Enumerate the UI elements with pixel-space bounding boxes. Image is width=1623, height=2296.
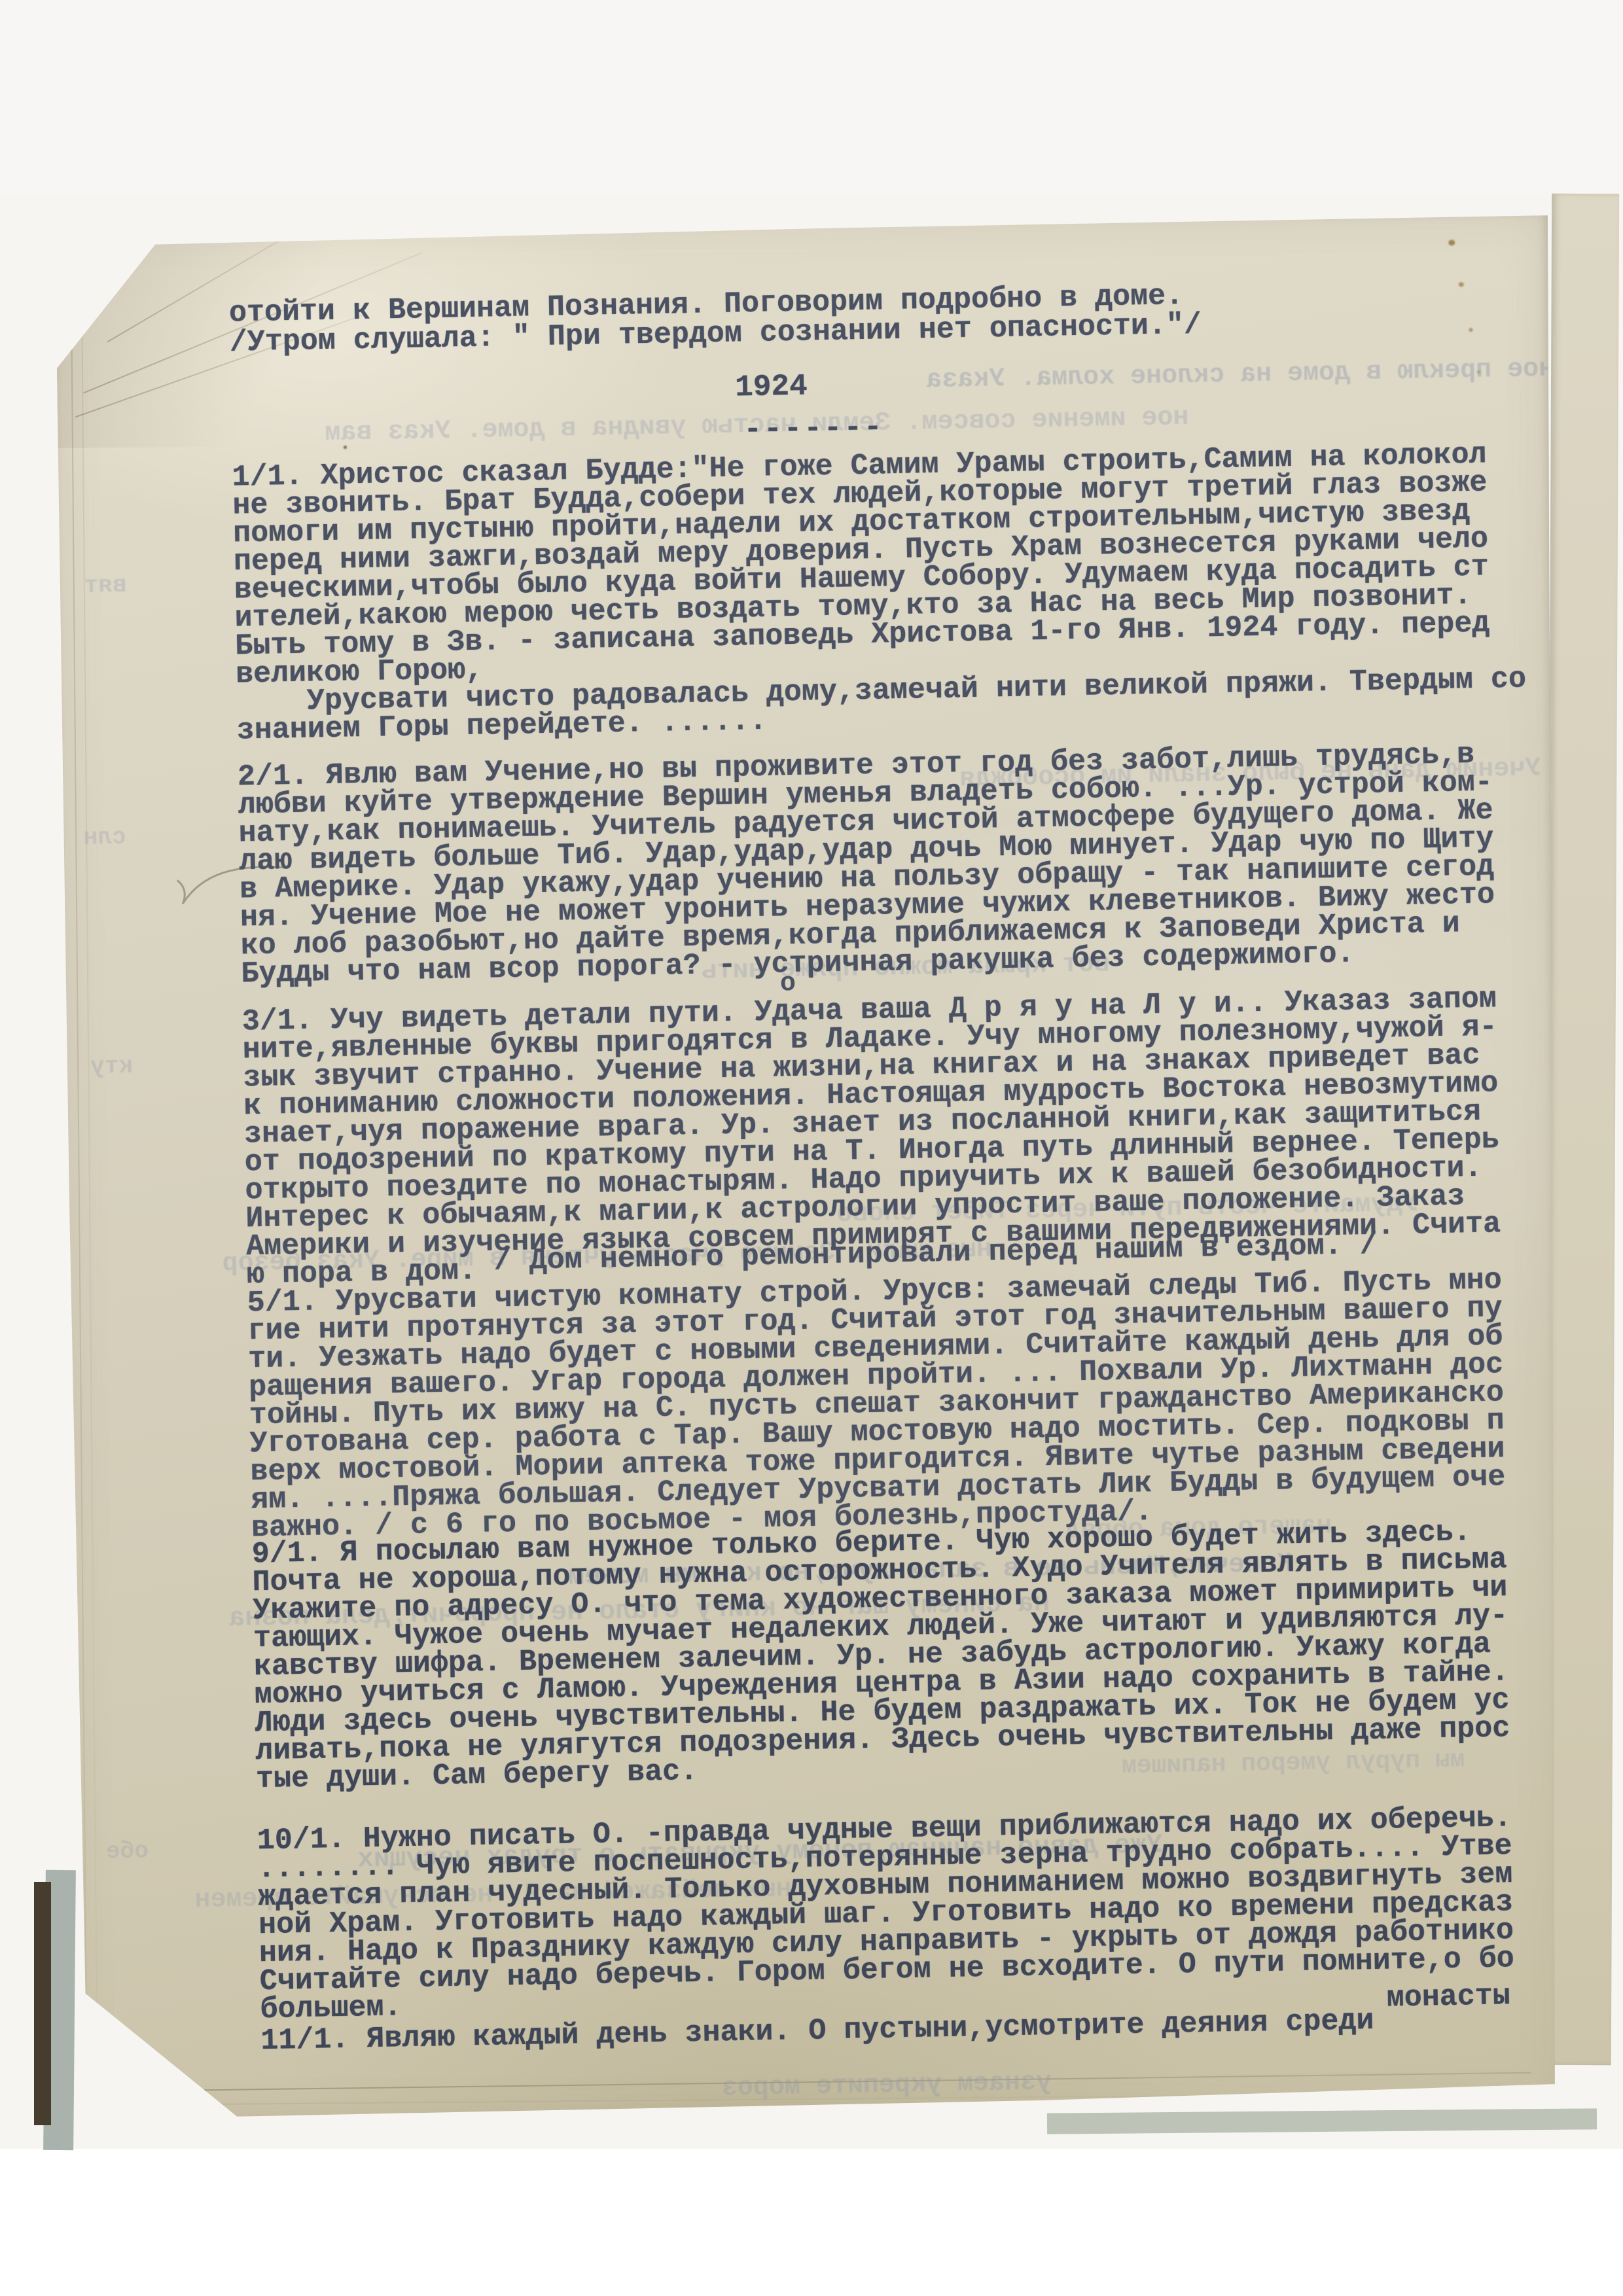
entry-block-5-1: 5/1. Урусвати чистую комнату строй. Урус… [247,1266,1506,1542]
year-heading: 1924 [735,372,808,402]
raised-word: монасты [1386,1982,1510,2012]
entry-block-1-1: 1/1. Христос сказал Будде:"Не гоже Самим… [232,440,1527,745]
paper-sheet: Читаю чудное преклю в доме на склоне хол… [56,213,1564,2123]
scanner-bed-sliver [1047,2108,1597,2134]
book-spine-shadow [34,1882,51,2125]
scan-background-bottom [0,2149,1623,2296]
entry-block-9-1: 9/1. Я посылаю вам нужное только берите.… [251,1517,1510,1793]
entry-block-2-1: 2/1. Явлю вам Учение,но вы проживите это… [238,740,1496,988]
typewritten-text-layer: отойти к Вершинам Познания. Поговорим по… [46,205,1573,2130]
scan-background-top [0,0,1623,196]
entry-block-10-1: 10/1. Нужно писать О. -правда чудные вещ… [257,1804,1515,2024]
backing-sheet [1546,194,1619,2065]
entry-block-3-1: 3/1. Учу видеть детали пути. Удача ваша … [242,985,1502,1289]
divider-dashes: ------- [743,414,884,444]
